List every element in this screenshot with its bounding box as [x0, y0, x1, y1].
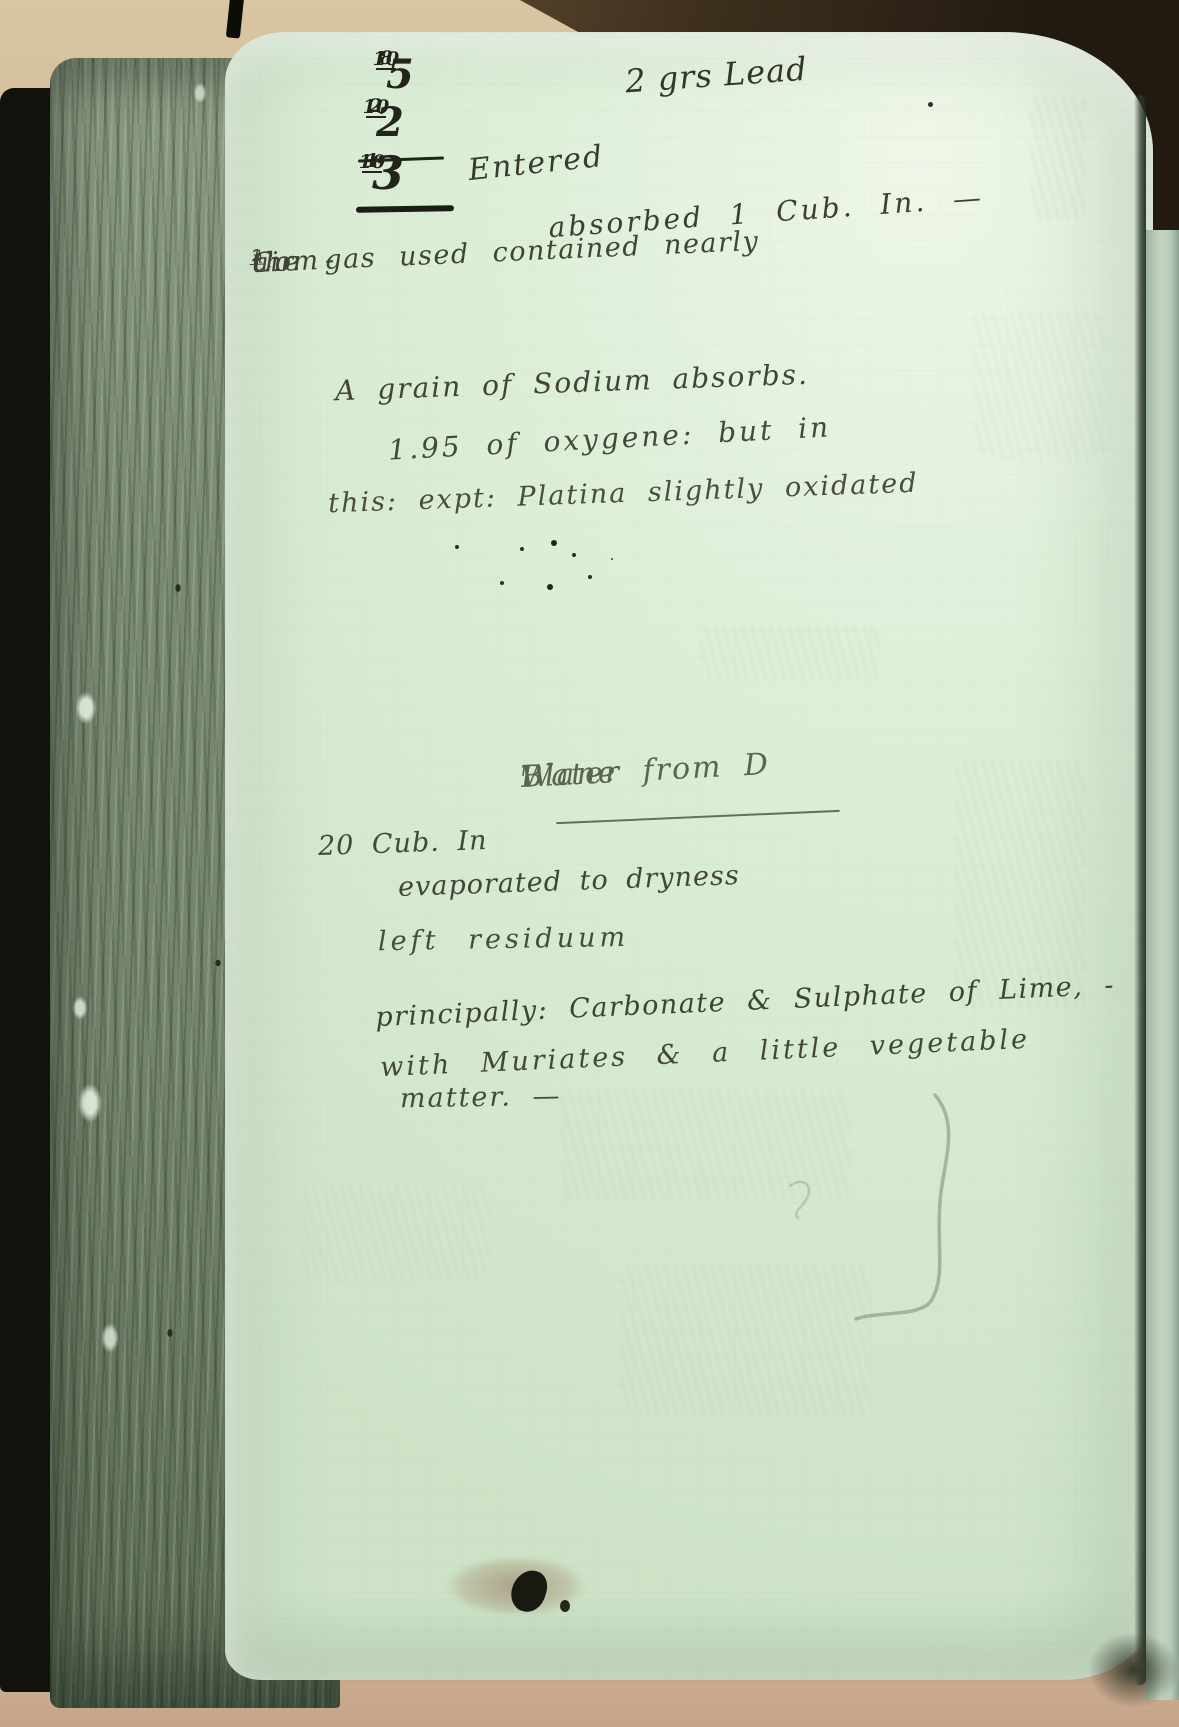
faint-brace-mark	[0, 0, 1179, 1727]
notebook-photo: 5 8 10 2 2 10 3 1 10 2 grs Lead Entered …	[0, 0, 1179, 1727]
